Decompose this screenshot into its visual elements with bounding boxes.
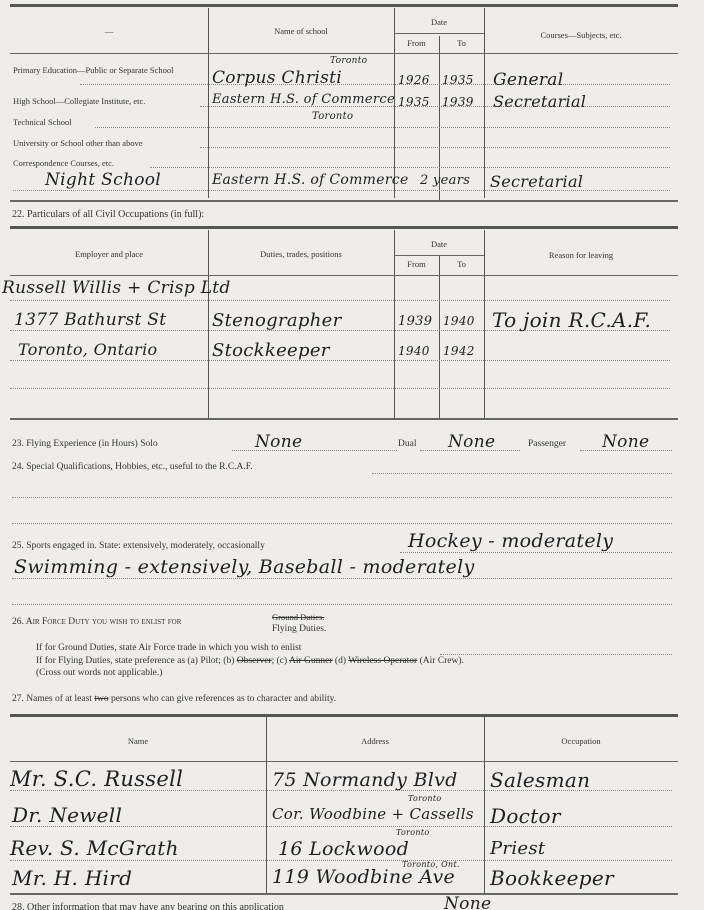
header-to: To <box>439 259 484 269</box>
primary-school-value: Corpus Christi <box>212 68 342 88</box>
rule <box>394 255 484 256</box>
fill-line <box>12 497 672 498</box>
employer-line-1: Russell Willis + Crisp Ltd <box>2 278 231 298</box>
header-blank: — <box>10 26 208 36</box>
label-technical: Technical School <box>13 117 72 127</box>
label-correspondence: Correspondence Courses, etc. <box>13 158 114 168</box>
rule <box>10 275 678 276</box>
header-to: To <box>439 38 484 48</box>
fill-line <box>200 147 670 148</box>
rule <box>10 226 678 229</box>
q27-label: 27. Names of at least two persons who ca… <box>12 694 336 704</box>
fill-line <box>95 127 670 128</box>
header-reason: Reason for leaving <box>484 250 678 260</box>
duty-2: Stockkeeper <box>212 340 330 361</box>
fill-line <box>12 604 672 605</box>
ref-3-address: 16 Lockwood <box>278 838 409 860</box>
primary-from: 1926 <box>398 73 430 87</box>
label-high-school: High School—Collegiate Institute, etc. <box>13 96 145 106</box>
q26-flying-preference: If for Flying Duties, state preference a… <box>36 656 464 666</box>
q26-pref-a: If for Flying Duties, state preference a… <box>36 656 234 666</box>
q27-label-num: two <box>94 694 108 704</box>
high-school-from: 1935 <box>398 95 430 109</box>
primary-to: 1935 <box>442 73 474 87</box>
fill-line <box>372 473 672 474</box>
ref-3-note: Toronto <box>396 828 429 837</box>
ref-1-name: Mr. S.C. Russell <box>10 767 183 791</box>
fill-line <box>10 388 670 389</box>
header-from: From <box>394 38 439 48</box>
ref-2-name: Dr. Newell <box>12 803 122 827</box>
rule <box>10 714 678 717</box>
high-school-to: 1939 <box>442 95 474 109</box>
duty-2-to: 1942 <box>443 344 475 358</box>
ref-2-address: Cor. Woodbine + Cassells <box>272 805 474 823</box>
ref-4-address: 119 Woodbine Ave <box>272 866 455 888</box>
header-duties: Duties, trades, positions <box>208 249 394 259</box>
label-university: University or School other than above <box>13 138 143 148</box>
q26-pref-c: ; (c) <box>272 656 288 666</box>
header-employer: Employer and place <box>10 249 208 259</box>
reason-1: To join R.C.A.F. <box>492 308 651 332</box>
rule <box>10 418 678 420</box>
q24-label: 24. Special Qualifications, Hobbies, etc… <box>12 462 253 472</box>
header-school-name: Name of school <box>208 26 394 36</box>
fill-line <box>12 578 672 579</box>
q26-crossout-note: (Cross out words not applicable.) <box>36 668 162 678</box>
q25-value-line-2: Swimming - extensively, Baseball - moder… <box>14 556 475 578</box>
duty-1-from: 1939 <box>398 314 432 329</box>
q26-pref-d: (d) <box>335 656 346 666</box>
night-school-duration: 2 years <box>420 173 470 188</box>
fill-line <box>10 360 670 361</box>
night-school-courses: Secretarial <box>490 172 583 191</box>
q27-label-post: persons who can give references as to ch… <box>111 694 336 704</box>
duty-1: Stenographer <box>212 310 341 331</box>
rule <box>10 200 678 202</box>
fill-line <box>440 654 672 655</box>
fill-line <box>10 860 672 861</box>
primary-courses: General <box>493 70 563 90</box>
ref-1-occupation: Salesman <box>490 768 590 792</box>
header-ref-name: Name <box>10 736 266 746</box>
q28-label: 28. Other information that may have any … <box>12 902 284 910</box>
q23-dual-label: Dual <box>398 439 416 449</box>
header-date: Date <box>394 17 484 27</box>
night-school-label: Night School <box>45 170 161 190</box>
rule <box>10 893 678 895</box>
q26-flying-duties: Flying Duties. <box>272 624 326 634</box>
header-ref-address: Address <box>266 736 484 746</box>
duty-1-to: 1940 <box>443 314 475 328</box>
q23-solo-value: None <box>255 432 302 452</box>
fill-line <box>80 84 670 85</box>
fill-line <box>10 300 670 301</box>
ref-4-occupation: Bookkeeper <box>490 866 614 890</box>
employer-line-3: Toronto, Ontario <box>18 340 157 359</box>
q26-observer-struck: Observer <box>237 656 272 666</box>
rule <box>10 761 678 762</box>
q26-wireless-struck: Wireless Operator <box>348 656 417 666</box>
primary-school-note: Toronto <box>330 56 367 66</box>
header-date: Date <box>394 239 484 249</box>
q23-label: 23. Flying Experience (in Hours) Solo <box>12 439 158 449</box>
ref-3-name: Rev. S. McGrath <box>10 836 179 860</box>
high-school-note: Toronto <box>312 111 353 122</box>
header-from: From <box>394 259 439 269</box>
ref-4-name: Mr. H. Hird <box>12 866 132 890</box>
rule <box>394 33 484 34</box>
q28-value: None <box>444 894 491 910</box>
ref-2-occupation: Doctor <box>490 804 561 828</box>
divider <box>439 256 440 418</box>
enlistment-form-page: — Name of school Date From To Courses—Su… <box>0 0 704 910</box>
high-school-courses: Secretarial <box>493 92 586 111</box>
q23-passenger-label: Passenger <box>528 439 566 449</box>
divider <box>208 8 209 198</box>
employer-line-2: 1377 Bathurst St <box>14 310 166 330</box>
header-courses: Courses—Subjects, etc. <box>484 30 678 40</box>
fill-line <box>150 167 670 168</box>
fill-line <box>400 552 672 553</box>
ref-2-note: Toronto <box>408 794 441 803</box>
q27-label-pre: 27. Names of at least <box>12 694 92 704</box>
q26-ground-trade-label: If for Ground Duties, state Air Force tr… <box>36 643 301 653</box>
q26-gunner-struck: Air Gunner <box>289 656 333 666</box>
night-school-value: Eastern H.S. of Commerce <box>212 172 409 188</box>
q26-aircrew: (Air Crew). <box>420 656 464 666</box>
q26-label: 26. Air Force Duty you wish to enlist fo… <box>12 617 181 627</box>
rule <box>10 53 678 54</box>
ref-4-note: Toronto, Ont. <box>402 860 460 869</box>
q25-label: 25. Sports engaged in. State: extensivel… <box>12 541 265 551</box>
high-school-value: Eastern H.S. of Commerce <box>212 92 395 107</box>
q25-value-line-1: Hockey - moderately <box>408 530 613 552</box>
header-ref-occupation: Occupation <box>484 736 678 746</box>
ref-3-occupation: Priest <box>490 838 545 859</box>
duty-2-from: 1940 <box>398 344 430 358</box>
q26-ground-duties-struck: Ground Duties. <box>272 612 324 622</box>
ref-1-address: 75 Normandy Blvd <box>272 769 458 791</box>
fill-line <box>12 523 672 524</box>
rule <box>10 4 678 7</box>
q23-dual-value: None <box>448 432 495 452</box>
q23-passenger-value: None <box>602 432 649 452</box>
label-primary: Primary Education—Public or Separate Sch… <box>13 66 208 75</box>
section-22-title: 22. Particulars of all Civil Occupations… <box>12 209 204 220</box>
